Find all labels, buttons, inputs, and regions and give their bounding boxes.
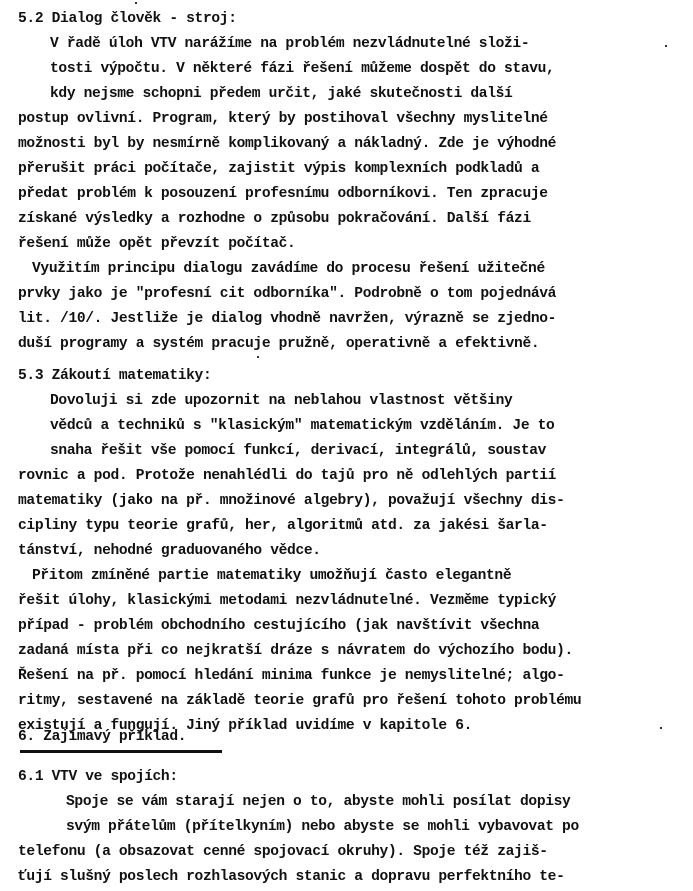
text-line: Využitím principu dialogu zavádíme do pr… <box>32 260 545 278</box>
text-line: ťují slušný poslech rozhlasových stanic … <box>18 868 565 886</box>
text-line: postup ovlivní. Program, který by postih… <box>18 110 548 128</box>
text-line: duší programy a systém pracuje pružně, o… <box>18 335 539 353</box>
chapter-heading-6: 6. Zajímavý příklad. <box>18 728 186 746</box>
typewritten-page: 5.2 Dialog člověk - stroj: V řadě úloh V… <box>0 0 693 891</box>
text-line: získané výsledky a rozhodne o způsobu po… <box>18 210 531 228</box>
text-line: svým přátelům (přítelkyním) nebo abyste … <box>66 818 579 836</box>
text-line: řešit úlohy, klasickými metodami nezvlád… <box>18 592 556 610</box>
scan-speck <box>257 356 259 358</box>
text-line: Řešení na př. pomocí hledání minima funk… <box>18 667 565 685</box>
text-line: Přitom zmíněné partie matematiky umožňuj… <box>32 567 511 585</box>
text-line: ritmy, sestavené na základě teorie grafů… <box>18 692 581 710</box>
text-line: předat problém k posouzení profesnímu od… <box>18 185 548 203</box>
text-line: přerušit práci počítače, zajistit výpis … <box>18 160 539 178</box>
text-line: matematiky (jako na př. množinové algebr… <box>18 492 565 510</box>
text-line: telefonu (a obsazovat cenné spojovací ok… <box>18 843 548 861</box>
section-heading-6-1: 6.1 VTV ve spojích: <box>18 768 178 786</box>
text-line: snaha řešit vše pomocí funkcí, derivací,… <box>50 442 546 460</box>
text-line: řešení může opět převzít počítač. <box>18 235 295 253</box>
text-line: zadaná místa při co nejkratší dráze s ná… <box>18 642 573 660</box>
text-line: Spoje se vám starají nejen o to, abyste … <box>66 793 570 811</box>
text-line: tánství, nehodné graduovaného vědce. <box>18 542 321 560</box>
scan-speck <box>665 45 667 47</box>
text-line: V řadě úloh VTV narážíme na problém nezv… <box>50 35 529 53</box>
text-line: případ - problém obchodního cestujícího … <box>18 617 539 635</box>
heading-underline <box>20 750 222 753</box>
scan-speck <box>660 727 662 729</box>
text-line: vědců a techniků s "klasickým" matematic… <box>50 417 554 435</box>
text-line: lit. /10/. Jestliže je dialog vhodně nav… <box>18 310 556 328</box>
text-line: cipliny typu teorie grafů, her, algoritm… <box>18 517 548 535</box>
text-line: Dovoluji si zde upozornit na neblahou vl… <box>50 392 512 410</box>
text-line: tosti výpočtu. V některé fázi řešení můž… <box>50 60 554 78</box>
section-heading-5-2: 5.2 Dialog člověk - stroj: <box>18 10 237 28</box>
text-line: kdy nejsme schopni předem určit, jaké sk… <box>50 85 512 103</box>
text-line: možnosti byl by nesmírně komplikovaný a … <box>18 135 556 153</box>
scan-speck <box>135 2 137 4</box>
section-heading-5-3: 5.3 Zákoutí matematiky: <box>18 367 211 385</box>
text-line: rovnic a pod. Protože nenahlédli do tajů… <box>18 467 556 485</box>
text-line: prvky jako je "profesní cit odborníka". … <box>18 285 556 303</box>
